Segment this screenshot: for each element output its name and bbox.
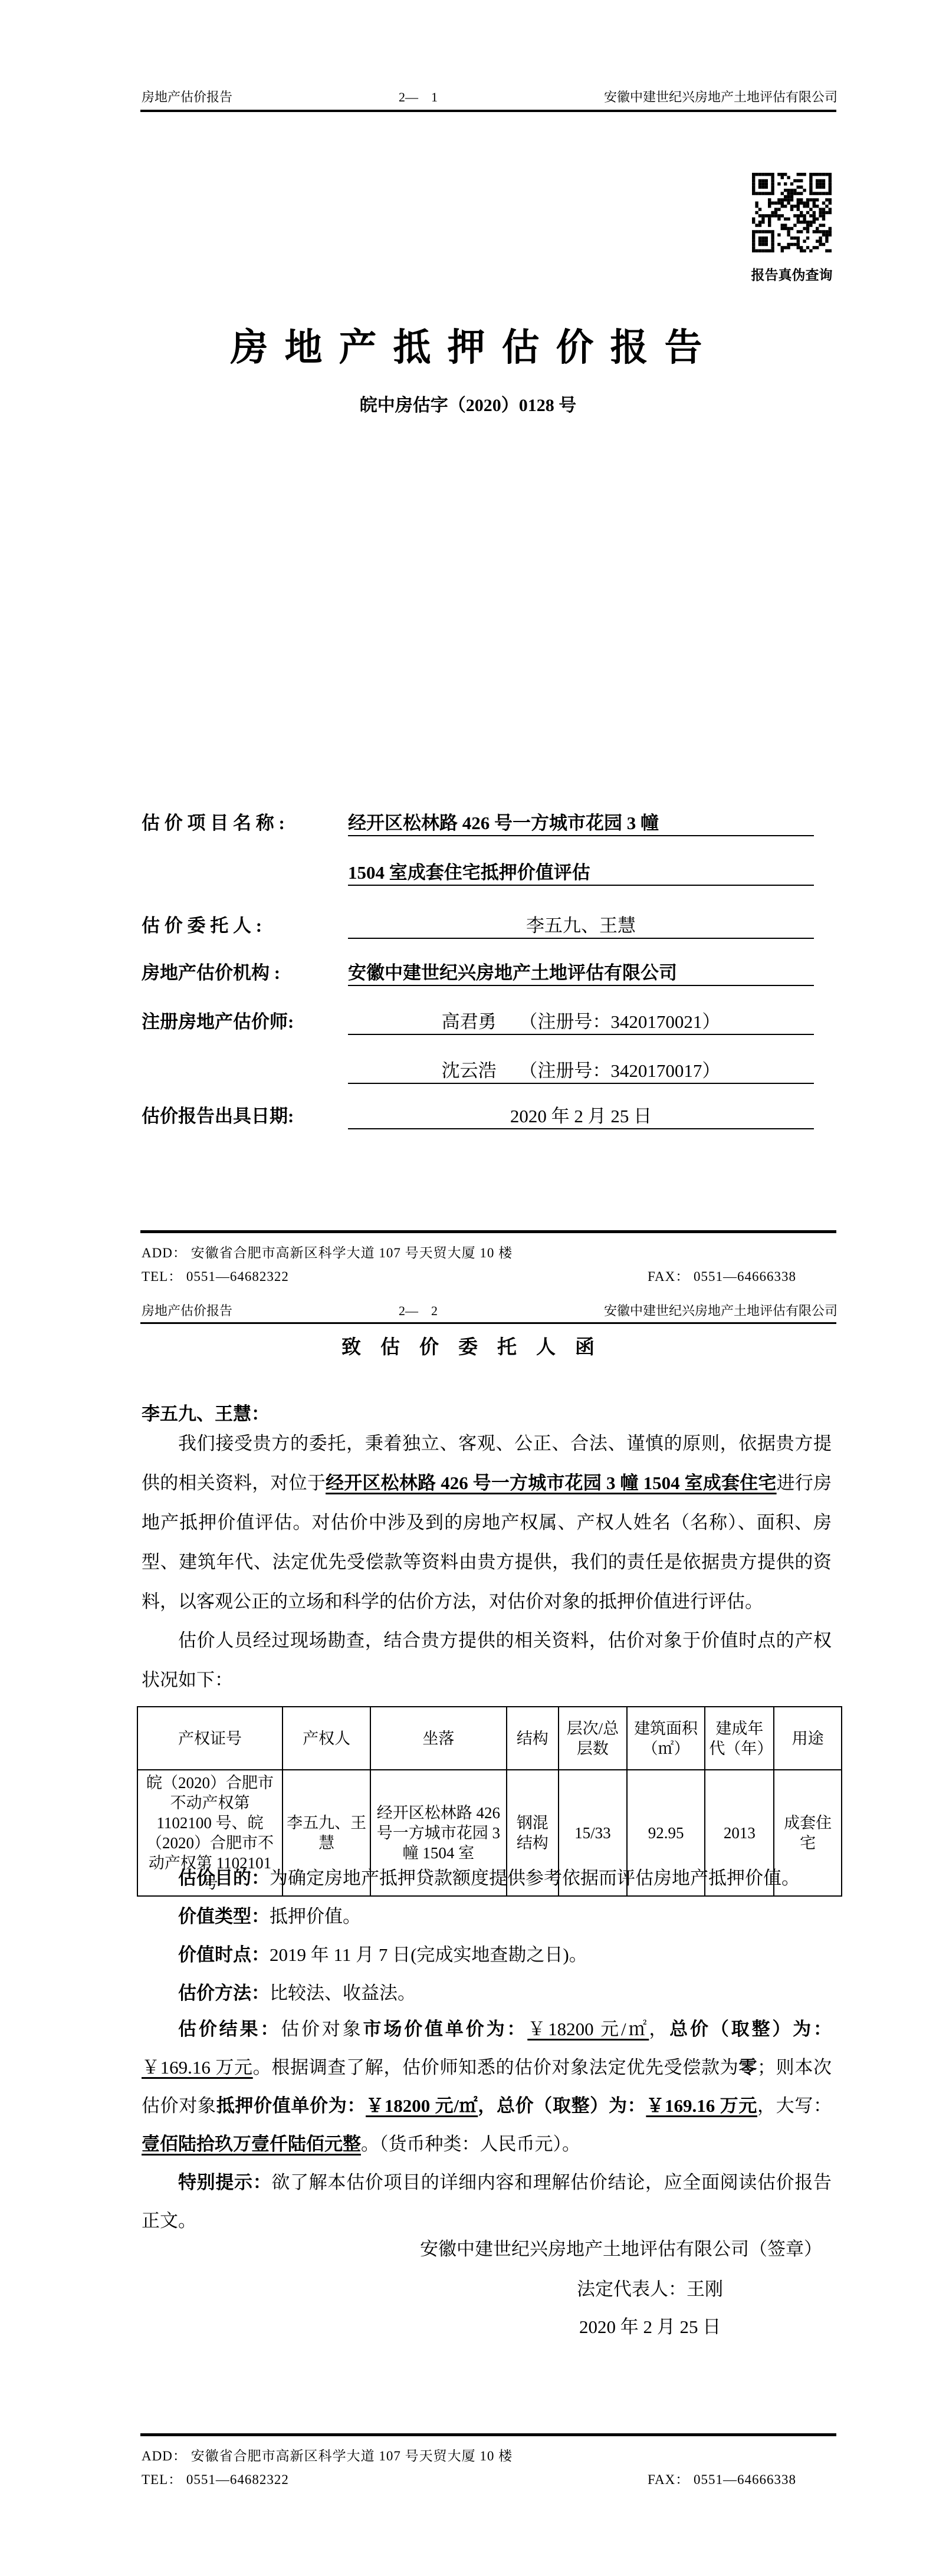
- item-method-text: 比较法、收益法。: [270, 1983, 416, 2003]
- page1-footer-tel: TEL： 0551—64682322: [142, 1266, 289, 1285]
- col-header-floor: 层次/总层数: [559, 1707, 627, 1770]
- project-name-value-line2: 1504 室成套住宅抵押价值评估: [348, 857, 814, 886]
- page2-footer-address: ADD： 安徽省合肥市高新区科学大道 107 号天贸大厦 10 楼: [142, 2445, 838, 2465]
- client-label: 估 价 委 托 人 :: [142, 911, 348, 939]
- page1-header-page-number: 2— 1: [399, 87, 438, 106]
- item-purpose-label: 估价目的：: [178, 1868, 270, 1888]
- page1-header-company: 安徽中建世纪兴房地产土地评估有限公司: [604, 87, 838, 106]
- col-header-location: 坐落: [370, 1707, 506, 1770]
- result-mortgage-price-label: 抵押价值单价为：: [216, 2095, 366, 2116]
- result-note: 。根据调查了解，估价师知悉的估价对象法定优先受偿款为: [253, 2057, 739, 2078]
- agency-label: 房地产估价机构 :: [142, 958, 348, 986]
- appraisal-result: 估价结果：估价对象市场价值单价为：￥18200 元/㎡，总价（取整）为：￥169…: [142, 2010, 832, 2163]
- col-header-structure: 结构: [507, 1707, 559, 1770]
- item-purpose-text: 为确定房地产抵押贷款额度提供参考依据而评估房地产抵押价值。: [270, 1868, 800, 1888]
- form-row-project-name: 估 价 项 目 名 称 : 经开区松林路 426 号一方城市花园 3 幢: [142, 808, 814, 836]
- item-value-type-label: 价值类型：: [178, 1906, 270, 1927]
- appraiser-1-value: 高君勇 （注册号：3420170021）: [348, 1007, 814, 1035]
- page2-footer-tel: TEL： 0551—64682322: [142, 2469, 289, 2488]
- item-value-date-label: 价值时点：: [178, 1944, 270, 1965]
- form-row-appraiser-1: 注册房地产估价师: 高君勇 （注册号：3420170021）: [142, 1007, 814, 1035]
- item-value-date: 价值时点：2019 年 11 月 7 日(完成实地查勘之日)。: [142, 1936, 838, 1974]
- result-zero: 零: [738, 2057, 757, 2078]
- result-market-price-label: 市场价值单价为：: [363, 2019, 528, 2039]
- result-text: 估价对象: [281, 2019, 363, 2039]
- page1-footer-contacts: TEL： 0551—64682322 FAX： 0551—64666338: [142, 1266, 838, 1285]
- form-row-appraiser-2: 沈云浩 （注册号：3420170017）: [142, 1056, 814, 1084]
- page2-header: 房地产估价报告 2— 2 安徽中建世纪兴房地产土地评估有限公司: [142, 1301, 838, 1319]
- form-row-client: 估 价 委 托 人 : 李五九、王慧: [142, 911, 814, 939]
- col-header-owner: 产权人: [283, 1707, 370, 1770]
- report-title: 房 地 产 抵 押 估 价 报 告: [0, 317, 936, 372]
- result-total-label: 总价（取整）为：: [669, 2019, 832, 2039]
- col-header-use: 用途: [774, 1707, 842, 1770]
- col-header-area: 建筑面积（㎡）: [627, 1707, 705, 1770]
- page1-footer-fax: FAX： 0551—64666338: [648, 1266, 796, 1285]
- result-capital-amount: 壹佰陆拾玖万壹仟陆佰元整: [142, 2134, 361, 2154]
- issue-date-label: 估价报告出具日期:: [142, 1101, 348, 1129]
- result-total-price: ￥169.16 万元: [142, 2057, 253, 2078]
- form-row-agency: 房地产估价机构 : 安徽中建世纪兴房地产土地评估有限公司: [142, 958, 814, 986]
- col-header-year-built: 建成年代（年）: [705, 1707, 774, 1770]
- project-name-label: 估 价 项 目 名 称 :: [142, 808, 348, 836]
- appraiser-2-value: 沈云浩 （注册号：3420170017）: [348, 1056, 814, 1084]
- result-mortgage-total-price: ￥169.16 万元: [646, 2095, 757, 2116]
- item-value-type-text: 抵押价值。: [270, 1906, 361, 1927]
- project-name-spacer: [142, 857, 348, 886]
- client-value: 李五九、王慧: [348, 911, 814, 939]
- para1-subject-property: 经开区松林路 426 号一方城市花园 3 幢 1504 室成套住宅: [326, 1473, 777, 1493]
- special-note: 特别提示：欲了解本估价项目的详细内容和理解估价结论，应全面阅读估价报告正文。: [142, 2163, 832, 2240]
- result-mortgage-total-label: ，总价（取整）为：: [478, 2095, 646, 2116]
- table-header-row: 产权证号 产权人 坐落 结构 层次/总层数 建筑面积（㎡） 建成年代（年） 用途: [137, 1707, 842, 1770]
- page2-header-rule: [140, 1322, 836, 1324]
- appraiser-2-spacer: [142, 1056, 348, 1084]
- item-method: 估价方法：比较法、收益法。: [142, 1974, 838, 2012]
- item-method-label: 估价方法：: [178, 1983, 270, 2003]
- signature-legal-rep: 法定代表人：王刚: [577, 2274, 723, 2301]
- signature-date: 2020 年 2 月 25 日: [579, 2312, 721, 2338]
- result-currency-note: 。（货币种类：人民币元）。: [361, 2134, 580, 2154]
- issue-date-value: 2020 年 2 月 25 日: [348, 1101, 814, 1129]
- agency-value: 安徽中建世纪兴房地产土地评估有限公司: [348, 958, 814, 986]
- page1-header-rule: [140, 110, 836, 112]
- letter-salutation: 李五九、王慧：: [142, 1399, 270, 1425]
- qr-code-caption: 报告真伪查询: [734, 264, 849, 284]
- project-name-value-line1: 经开区松林路 426 号一方城市花园 3 幢: [348, 808, 814, 836]
- page1-footer-rule: [140, 1230, 836, 1233]
- result-unit-price: ￥18200 元/㎡: [527, 2019, 649, 2039]
- appraisal-items: 估价目的：为确定房地产抵押贷款额度提供参考依据而评估房地产抵押价值。 价值类型：…: [142, 1859, 838, 2012]
- form-row-project-name-cont: 1504 室成套住宅抵押价值评估: [142, 857, 814, 886]
- appraiser-label: 注册房地产估价师:: [142, 1007, 348, 1035]
- page1-footer-address: ADD： 安徽省合肥市高新区科学大道 107 号天贸大厦 10 楼: [142, 1242, 838, 1261]
- page2-header-company: 安徽中建世纪兴房地产土地评估有限公司: [604, 1301, 838, 1319]
- result-sep: ，: [649, 2019, 669, 2039]
- result-capital-label: ，大写：: [757, 2095, 832, 2116]
- letter-paragraph-2: 估价人员经过现场勘查，结合贵方提供的相关资料，估价对象于价值时点的产权状况如下：: [142, 1621, 832, 1700]
- para1-rest: 进行房地产抵押价值评估。对估价中涉及到的房地产权属、产权人姓名（名称）、面积、房…: [142, 1473, 832, 1612]
- item-value-type: 价值类型：抵押价值。: [142, 1897, 838, 1936]
- page2-footer-contacts: TEL： 0551—64682322 FAX： 0551—64666338: [142, 2469, 838, 2488]
- report-number: 皖中房估字（2020）0128 号: [0, 390, 936, 416]
- page2-header-doc-type: 房地产估价报告: [142, 1301, 232, 1319]
- qr-code: [752, 173, 832, 252]
- col-header-certificate-no: 产权证号: [137, 1707, 283, 1770]
- result-label: 估价结果：: [178, 2019, 281, 2039]
- special-note-label: 特别提示：: [178, 2172, 271, 2193]
- page2-footer-fax: FAX： 0551—64666338: [648, 2469, 796, 2488]
- page2-footer-rule: [140, 2433, 836, 2436]
- page2-header-page-number: 2— 2: [399, 1301, 438, 1319]
- letter-paragraph-1: 我们接受贵方的委托，秉着独立、客观、公正、合法、谨慎的原则，依据贵方提供的相关资…: [142, 1424, 832, 1621]
- form-row-issue-date: 估价报告出具日期: 2020 年 2 月 25 日: [142, 1101, 814, 1129]
- item-purpose: 估价目的：为确定房地产抵押贷款额度提供参考依据而评估房地产抵押价值。: [142, 1859, 838, 1897]
- item-value-date-text: 2019 年 11 月 7 日(完成实地查勘之日)。: [270, 1944, 587, 1965]
- result-mortgage-unit-price: ￥18200 元/㎡: [366, 2095, 478, 2116]
- page1-header: 房地产估价报告 2— 1 安徽中建世纪兴房地产土地评估有限公司: [142, 87, 838, 106]
- page1-header-doc-type: 房地产估价报告: [142, 87, 232, 106]
- letter-heading: 致 估 价 委 托 人 函: [0, 1332, 936, 1359]
- cover-form: 估 价 项 目 名 称 : 经开区松林路 426 号一方城市花园 3 幢 150…: [142, 808, 814, 1138]
- signature-company: 安徽中建世纪兴房地产土地评估有限公司（签章）: [420, 2234, 822, 2260]
